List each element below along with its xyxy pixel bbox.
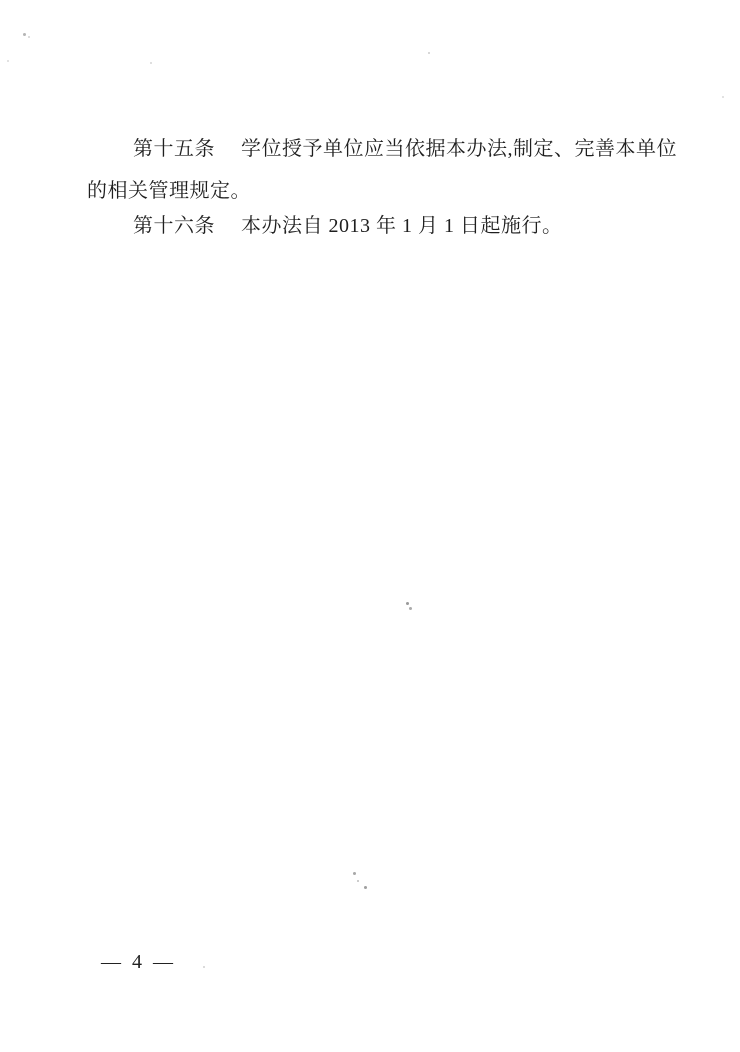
scan-speck <box>353 872 356 875</box>
scanned-document-page: 第十五条学位授予单位应当依据本办法,制定、完善本单位 的相关管理规定。 第十六条… <box>0 0 740 1052</box>
article-text: 本办法自 2013 年 1 月 1 日起施行。 <box>241 215 563 237</box>
article-text: 学位授予单位应当依据本办法,制定、完善本单位 <box>241 138 677 160</box>
scan-speck <box>357 880 359 882</box>
scan-speck <box>722 96 724 98</box>
scan-speck <box>364 886 367 889</box>
page-number: — 4 — <box>101 951 176 974</box>
scan-speck <box>428 52 430 54</box>
scan-speck <box>28 36 30 38</box>
article-number: 第十六条 <box>133 216 215 236</box>
paragraph-line: 第十六条本办法自 2013 年 1 月 1 日起施行。 <box>133 216 563 236</box>
scan-speck <box>150 62 152 64</box>
paragraph-line: 第十五条学位授予单位应当依据本办法,制定、完善本单位 <box>133 139 677 159</box>
scan-speck <box>409 607 412 610</box>
article-number: 第十五条 <box>133 139 215 159</box>
scan-speck <box>7 60 9 62</box>
paragraph-line: 的相关管理规定。 <box>87 181 251 201</box>
article-text: 的相关管理规定。 <box>87 180 251 202</box>
scan-speck <box>406 602 409 605</box>
scan-speck <box>203 966 205 968</box>
scan-speck <box>23 33 26 36</box>
